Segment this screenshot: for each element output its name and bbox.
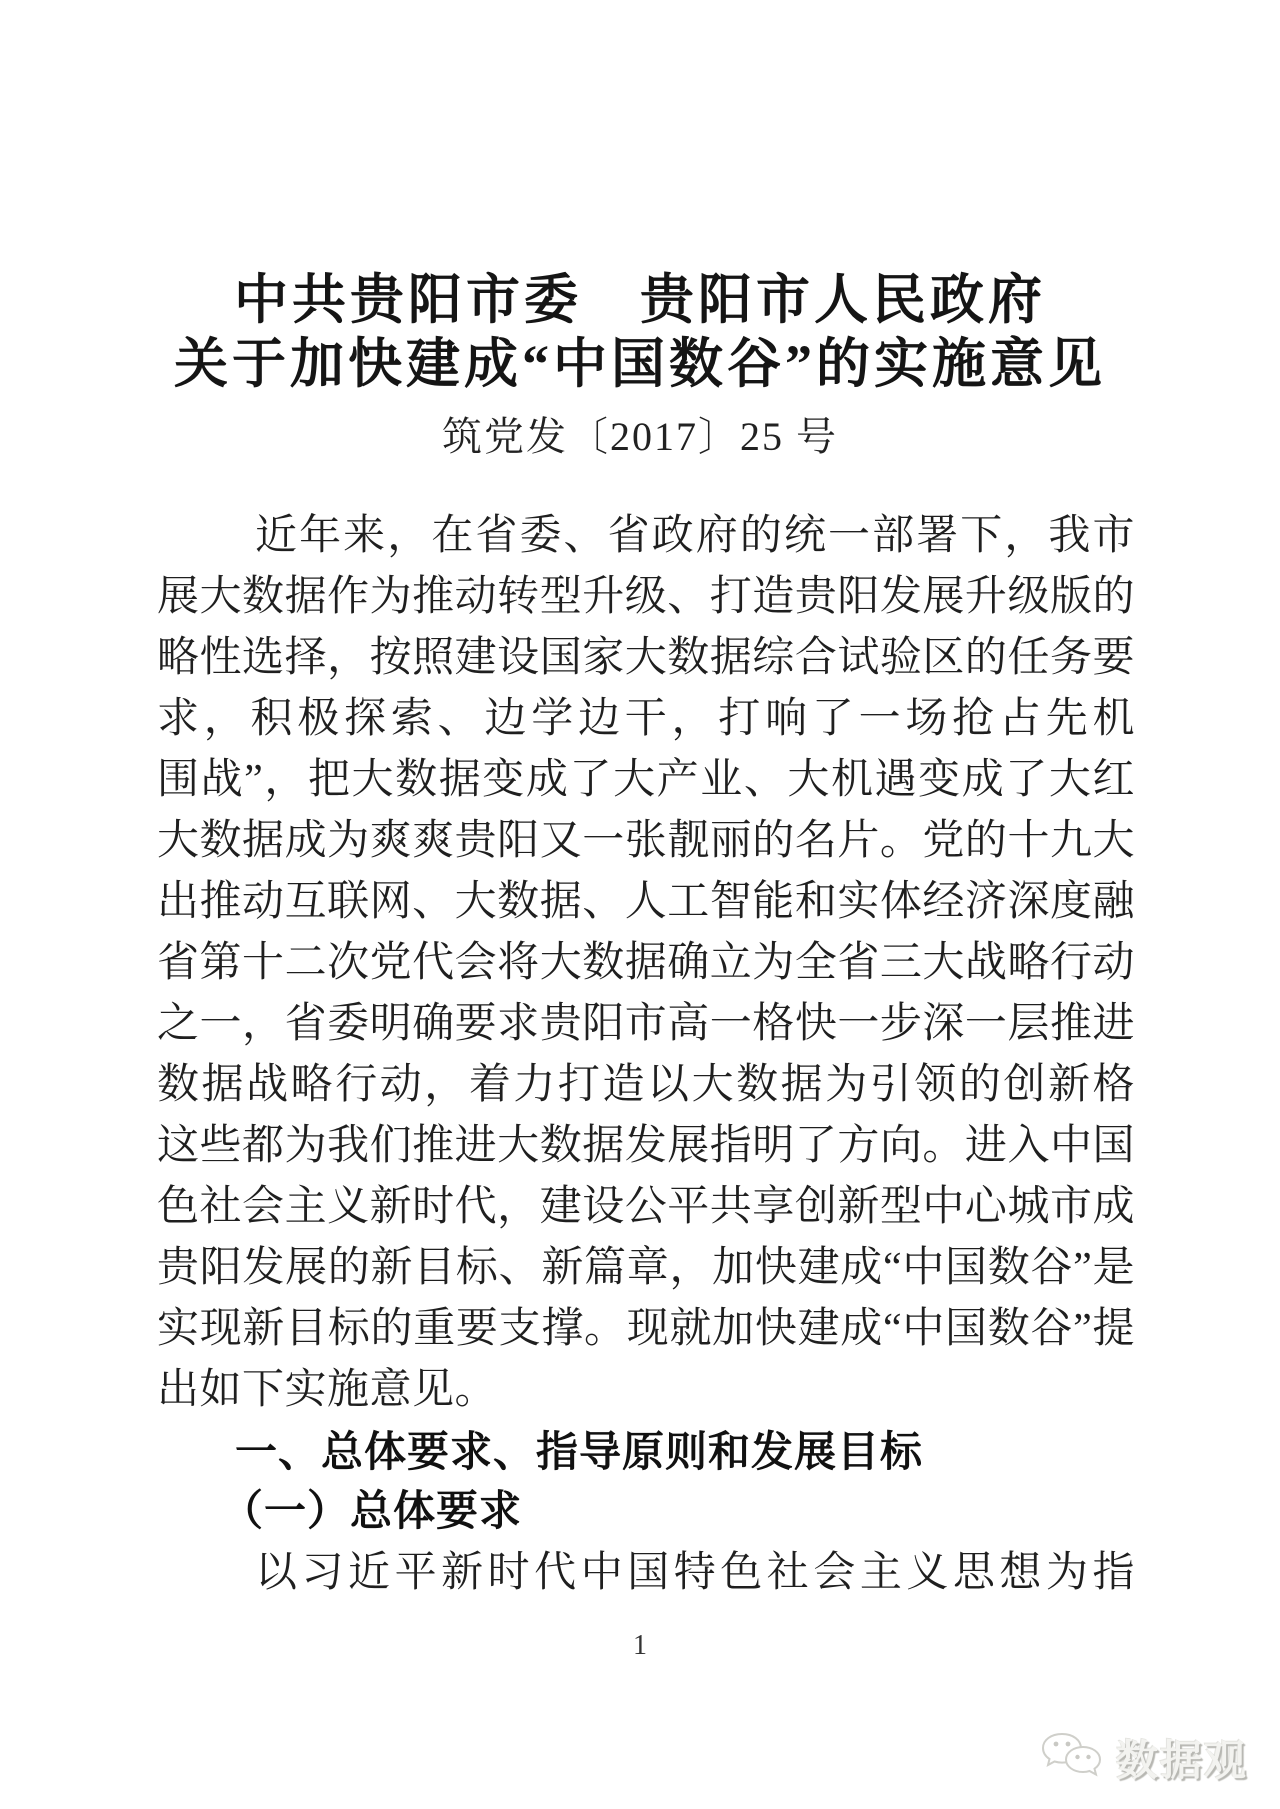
document-title-line-2: 关于加快建成“中国数谷”的实施意见 — [0, 332, 1280, 396]
body-line: 展大数据作为推动转型升级、打造贵阳发展升级版的战 — [157, 567, 1135, 628]
body-line: 出如下实施意见。 — [157, 1360, 1135, 1421]
body-line: 这些都为我们推进大数据发展指明了方向。进入中国特 — [157, 1116, 1135, 1177]
document-body: 近年来，在省委、省政府的统一部署下，我市把发 展大数据作为推动转型升级、打造贵阳… — [157, 506, 1135, 1604]
body-line: 以习近平新时代中国特色社会主义思想为指导，牢 — [157, 1543, 1135, 1604]
body-line: 近年来，在省委、省政府的统一部署下，我市把发 — [157, 506, 1135, 567]
document-header: 中共贵阳市委 贵阳市人民政府 关于加快建成“中国数谷”的实施意见 筑党发〔201… — [0, 268, 1280, 462]
body-line: 出推动互联网、大数据、人工智能和实体经济深度融合， — [157, 872, 1135, 933]
body-line: 之一，省委明确要求贵阳市高一格快一步深一层推进大 — [157, 994, 1135, 1055]
body-line: 色社会主义新时代，建设公平共享创新型中心城市成为 — [157, 1177, 1135, 1238]
body-line: 省第十二次党代会将大数据确立为全省三大战略行动 — [157, 933, 1135, 994]
body-line: 大数据成为爽爽贵阳又一张靓丽的名片。党的十九大提 — [157, 811, 1135, 872]
wechat-chat-bubbles-icon — [1040, 1731, 1106, 1785]
body-line: 数据战略行动，着力打造以大数据为引领的创新格局， — [157, 1055, 1135, 1116]
document-number: 筑党发〔2017〕25 号 — [0, 412, 1280, 462]
watermark: 数据观 — [1040, 1728, 1248, 1788]
section-heading: 一、总体要求、指导原则和发展目标 — [157, 1421, 1135, 1482]
watermark-text: 数据观 — [1116, 1728, 1248, 1788]
body-line: 实现新目标的重要支撑。现就加快建成“中国数谷”提 — [157, 1299, 1135, 1360]
body-line: 贵阳发展的新目标、新篇章，加快建成“中国数谷”是 — [157, 1238, 1135, 1299]
document-page: 中共贵阳市委 贵阳市人民政府 关于加快建成“中国数谷”的实施意见 筑党发〔201… — [0, 0, 1280, 1809]
body-line: 围战”，把大数据变成了大产业、大机遇变成了大红利， — [157, 750, 1135, 811]
body-line: 略性选择，按照建设国家大数据综合试验区的任务要 — [157, 628, 1135, 689]
subsection-heading: （一）总体要求 — [157, 1482, 1135, 1543]
page-number: 1 — [0, 1630, 1280, 1662]
body-line: 求，积极探索、边学边干，打响了一场抢占先机的“突 — [157, 689, 1135, 750]
document-title-line-1: 中共贵阳市委 贵阳市人民政府 — [0, 268, 1280, 332]
